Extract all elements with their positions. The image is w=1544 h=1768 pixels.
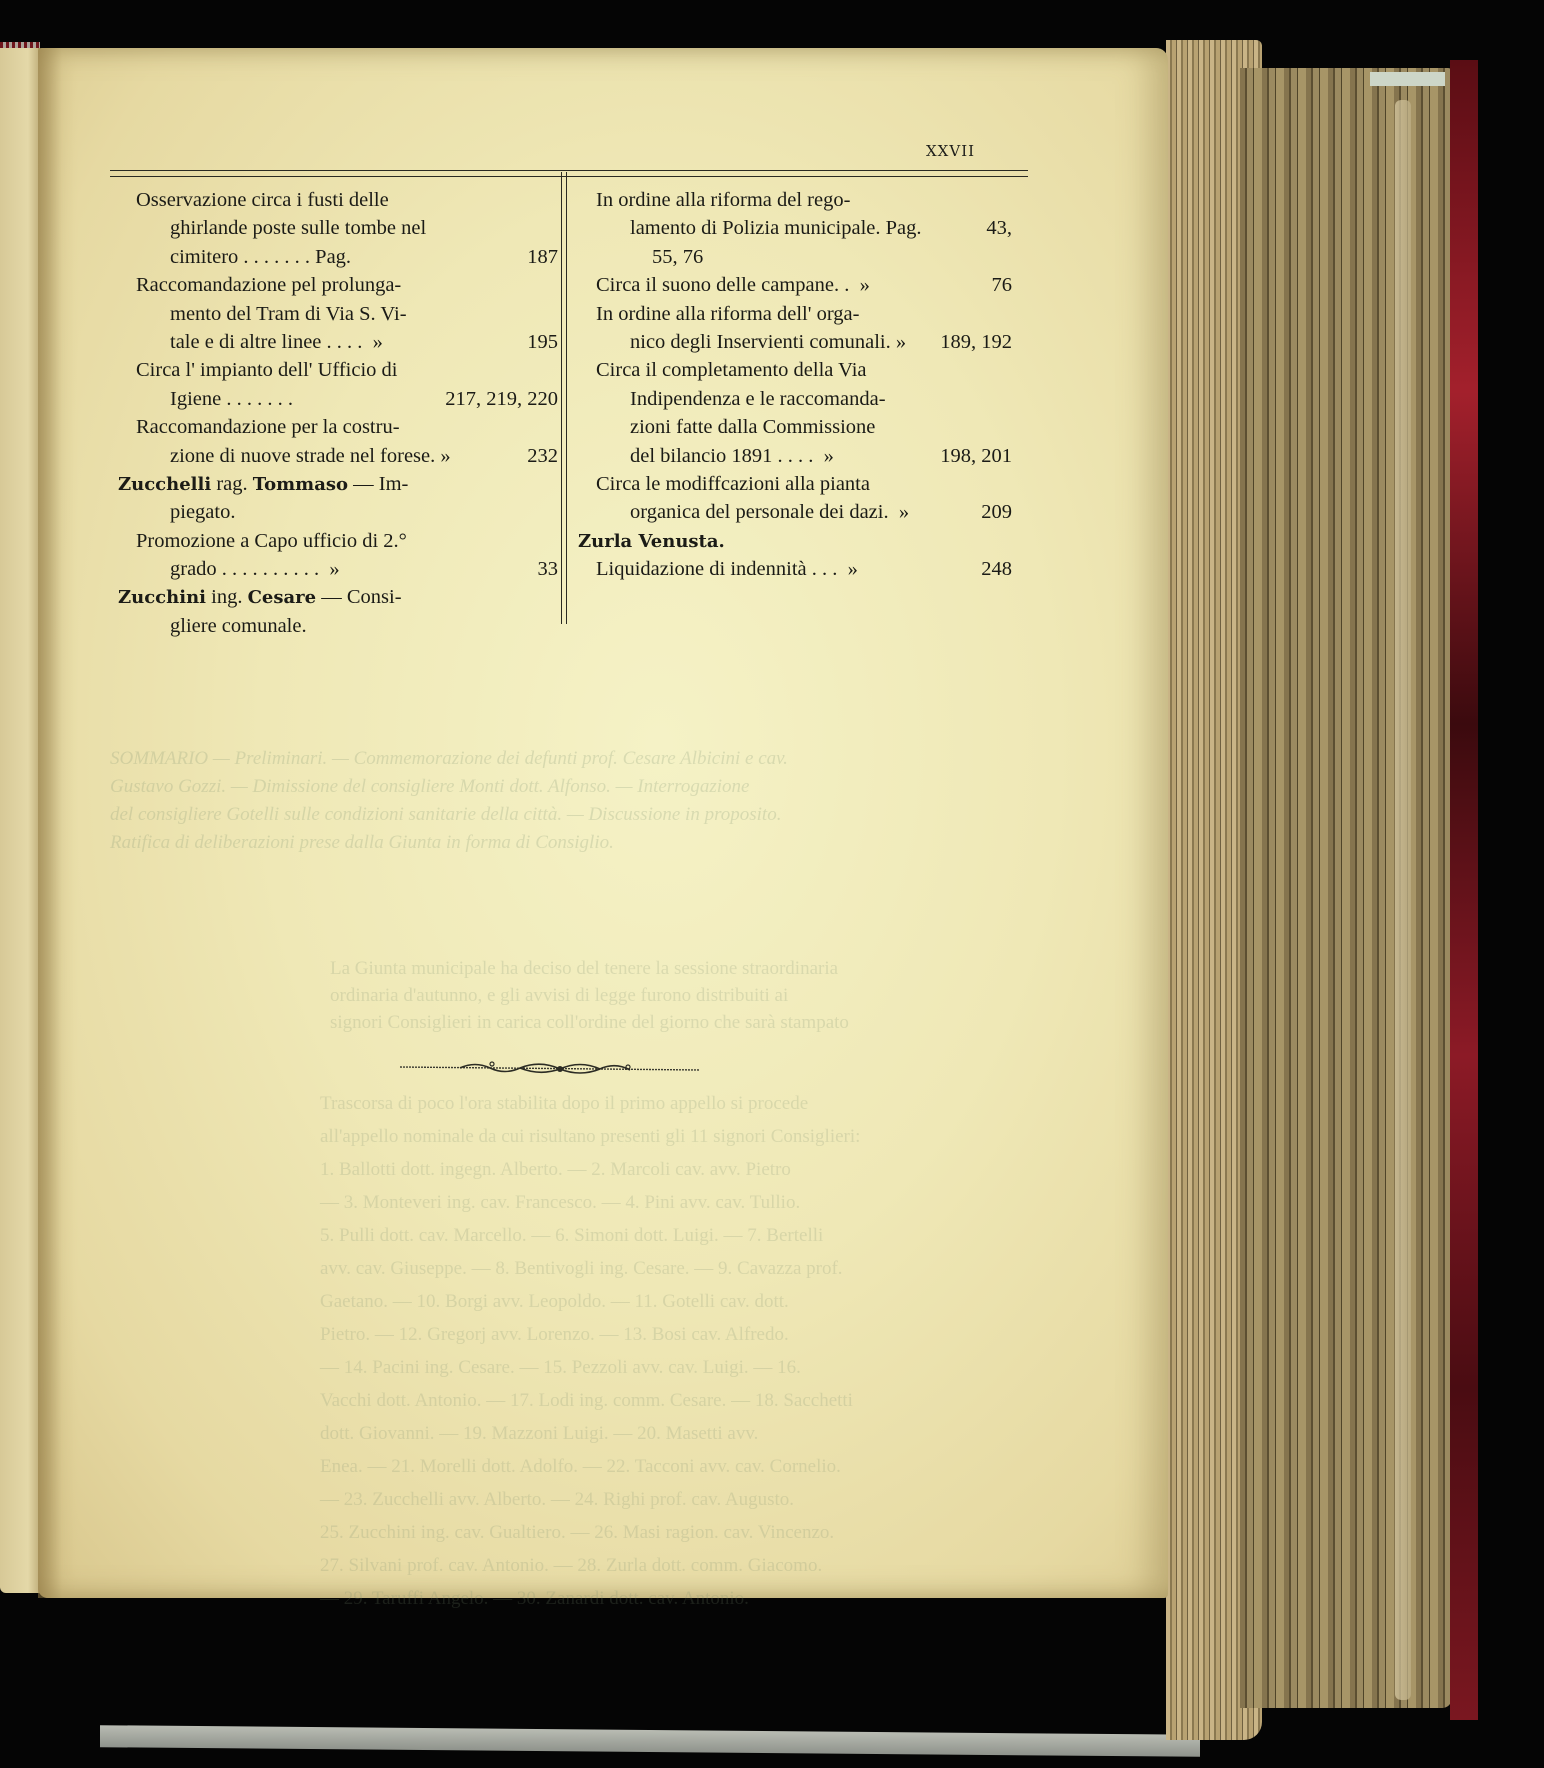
title: ing. — [206, 586, 248, 608]
person-entry: Zucchelli rag. Tommaso — Im- — [118, 470, 408, 499]
entry-text: Circa le modiffcazioni alla pianta — [596, 470, 870, 498]
entry-text: zione di nuove strade nel forese. » — [170, 442, 451, 470]
entry-text: Promozione a Capo ufficio di 2.° — [136, 527, 407, 555]
index-line: Raccomandazione per la costru- — [118, 413, 558, 441]
page-reference: 76 — [992, 271, 1013, 299]
index-line: In ordine alla riforma dell' orga- — [578, 300, 1022, 328]
page-block-edges-back — [1240, 68, 1452, 1708]
page-reference: 187 — [527, 243, 558, 271]
entry-text: zioni fatte dalla Commissione — [630, 413, 875, 441]
entry-text: Circa l' impianto dell' Ufficio di — [136, 356, 398, 384]
index-line: zione di nuove strade nel forese. »232 — [118, 442, 558, 470]
index-line: lamento di Polizia municipale. Pag.43, — [578, 214, 1022, 242]
page-reference: 43, — [986, 214, 1012, 242]
entry-text: gliere comunale. — [170, 612, 307, 640]
faded-text-line: — 29. Taruffi Angelo. — 30. Zanardi dott… — [320, 1585, 749, 1612]
entry-text: In ordine alla riforma del rego- — [596, 186, 850, 214]
person-entry: Zucchini ing. Cesare — Consi- — [118, 583, 402, 612]
page-reference: 232 — [527, 442, 558, 470]
entry-text: Circa il completamento della Via — [596, 356, 867, 384]
index-line: In ordine alla riforma del rego- — [578, 186, 1022, 214]
index-line: nico degli Inservienti comunali. »189, 1… — [578, 328, 1022, 356]
faded-text-line: signori Consiglieri in carica coll'ordin… — [330, 1009, 849, 1036]
faded-text-line: Pietro. — 12. Gregorj avv. Lorenzo. — 13… — [320, 1321, 789, 1348]
marbled-cover-edge — [1450, 60, 1478, 1720]
index-line: Circa il suono delle campane. . »76 — [578, 271, 1022, 299]
entry-text: organica del personale dei dazi. » — [630, 498, 909, 526]
entry-text: nico degli Inservienti comunali. » — [630, 328, 906, 356]
faded-text-line: del consigliere Gotelli sulle condizioni… — [110, 801, 781, 829]
index-line: Zucchini ing. Cesare — Consi- — [118, 583, 558, 611]
faded-text-line: 1. Ballotti dott. ingegn. Alberto. — 2. … — [320, 1156, 791, 1183]
ornament-divider-icon — [400, 1058, 710, 1078]
index-line: ghirlande poste sulle tombe nel — [118, 214, 558, 242]
index-line: Zurla Venusta. — [578, 527, 1022, 555]
index-line: Promozione a Capo ufficio di 2.° — [118, 527, 558, 555]
index-line: cimitero . . . . . . . Pag.187 — [118, 243, 558, 271]
entry-text: del bilancio 1891 . . . . » — [630, 442, 834, 470]
faded-text-line: SOMMARIO — Preliminari. — Commemorazione… — [110, 745, 788, 773]
faded-text-line: Ratifica di deliberazioni prese dalla Gi… — [110, 829, 614, 857]
entry-text: piegato. — [170, 498, 235, 526]
entry-text: cimitero . . . . . . . Pag. — [170, 243, 351, 271]
faded-text-line: ordinaria d'autunno, e gli avvisi di leg… — [330, 982, 788, 1009]
surname: Zucchelli — [118, 474, 211, 495]
index-line: del bilancio 1891 . . . . »198, 201 — [578, 442, 1022, 470]
index-line: Zucchelli rag. Tommaso — Im- — [118, 470, 558, 498]
entry-text: Igiene . . . . . . . — [170, 385, 293, 413]
page-reference: 248 — [981, 555, 1012, 583]
index-line: Liquidazione di indennità . . . »248 — [578, 555, 1022, 583]
entry-text: Raccomandazione pel prolunga- — [136, 271, 401, 299]
role: — Consi- — [316, 586, 401, 608]
faded-text-line: all'appello nominale da cui risultano pr… — [320, 1123, 860, 1150]
surname: Zurla Venusta. — [578, 531, 725, 552]
index-column-right: In ordine alla riforma del rego-lamento … — [578, 186, 1022, 583]
index-line: gliere comunale. — [118, 612, 558, 640]
faded-text-line: Gaetano. — 10. Borgi avv. Leopoldo. — 11… — [320, 1288, 789, 1315]
index-line: organica del personale dei dazi. »209 — [578, 498, 1022, 526]
faded-text-line: Enea. — 21. Morelli dott. Adolfo. — 22. … — [320, 1453, 841, 1480]
role: — Im- — [348, 473, 408, 495]
index-line: tale e di altre linee . . . . »195 — [118, 328, 558, 356]
index-line: Circa il completamento della Via — [578, 356, 1022, 384]
faded-text-line: 27. Silvani prof. cav. Antonio. — 28. Zu… — [320, 1552, 822, 1579]
page-reference: 33 — [538, 555, 559, 583]
index-line: Raccomandazione pel prolunga- — [118, 271, 558, 299]
entry-text: Osservazione circa i fusti delle — [136, 186, 389, 214]
page-reference: 189, 192 — [940, 328, 1012, 356]
index-line: Osservazione circa i fusti delle — [118, 186, 558, 214]
page-reference: 217, 219, 220 — [445, 385, 558, 413]
index-line: piegato. — [118, 498, 558, 526]
page-reference: 198, 201 — [940, 442, 1012, 470]
index-column-left: Osservazione circa i fusti delleghirland… — [118, 186, 558, 640]
first-name: Tommaso — [253, 474, 348, 495]
index-line: Circa l' impianto dell' Ufficio di — [118, 356, 558, 384]
first-name: Cesare — [248, 587, 317, 608]
faded-text-line: Vacchi dott. Antonio. — 17. Lodi ing. co… — [320, 1387, 853, 1414]
entry-text: Raccomandazione per la costru- — [136, 413, 400, 441]
faded-text-line: Trascorsa di poco l'ora stabilita dopo i… — [320, 1090, 808, 1117]
entry-text: mento del Tram di Via S. Vi- — [170, 300, 407, 328]
faded-text-line: 5. Pulli dott. cav. Marcello. — 6. Simon… — [320, 1222, 823, 1249]
faded-text-line: La Giunta municipale ha deciso del tener… — [330, 955, 838, 982]
faded-text-line: — 14. Pacini ing. Cesare. — 15. Pezzoli … — [320, 1354, 801, 1381]
person-entry: Zurla Venusta. — [578, 527, 725, 556]
index-line: Igiene . . . . . . .217, 219, 220 — [118, 385, 558, 413]
index-line: Indipendenza e le raccomanda- — [578, 385, 1022, 413]
entry-text: grado . . . . . . . . . . » — [170, 555, 340, 583]
entry-text: In ordine alla riforma dell' orga- — [596, 300, 859, 328]
faded-text-line: dott. Giovanni. — 19. Mazzoni Luigi. — 2… — [320, 1420, 758, 1447]
left-page-sliver — [0, 48, 40, 1593]
faded-text-line: avv. cav. Giuseppe. — 8. Bentivogli ing.… — [320, 1255, 843, 1282]
entry-text: tale e di altre linee . . . . » — [170, 328, 383, 356]
index-line: grado . . . . . . . . . . »33 — [118, 555, 558, 583]
paper-tab — [1370, 72, 1445, 86]
entry-text: Indipendenza e le raccomanda- — [630, 385, 886, 413]
header-double-rule — [110, 170, 1028, 177]
surname: Zucchini — [118, 587, 206, 608]
entry-text: 55, 76 — [652, 243, 703, 271]
index-line: Circa le modiffcazioni alla pianta — [578, 470, 1022, 498]
torn-page-edge — [1395, 100, 1411, 1700]
index-line: 55, 76 — [578, 243, 1022, 271]
entry-text: Circa il suono delle campane. . » — [596, 271, 870, 299]
index-line: zioni fatte dalla Commissione — [578, 413, 1022, 441]
entry-text: Liquidazione di indennità . . . » — [596, 555, 858, 583]
faded-text-line: — 23. Zucchelli avv. Alberto. — 24. Righ… — [320, 1486, 794, 1513]
faded-text-line: — 3. Monteveri ing. cav. Francesco. — 4.… — [320, 1189, 800, 1216]
faded-text-line: Gustavo Gozzi. — Dimissione del consigli… — [110, 773, 749, 801]
page-reference: 195 — [527, 328, 558, 356]
title: rag. — [211, 473, 253, 495]
faded-text-line: 25. Zucchini ing. cav. Gualtiero. — 26. … — [320, 1519, 834, 1546]
entry-text: lamento di Polizia municipale. Pag. — [630, 214, 922, 242]
gutter-shadow — [38, 48, 78, 1598]
page-number: XXVII — [926, 142, 975, 160]
index-line: mento del Tram di Via S. Vi- — [118, 300, 558, 328]
column-divider — [561, 172, 567, 624]
page-bottom-edge — [100, 1725, 1200, 1757]
page-reference: 209 — [981, 498, 1012, 526]
entry-text: ghirlande poste sulle tombe nel — [170, 214, 426, 242]
